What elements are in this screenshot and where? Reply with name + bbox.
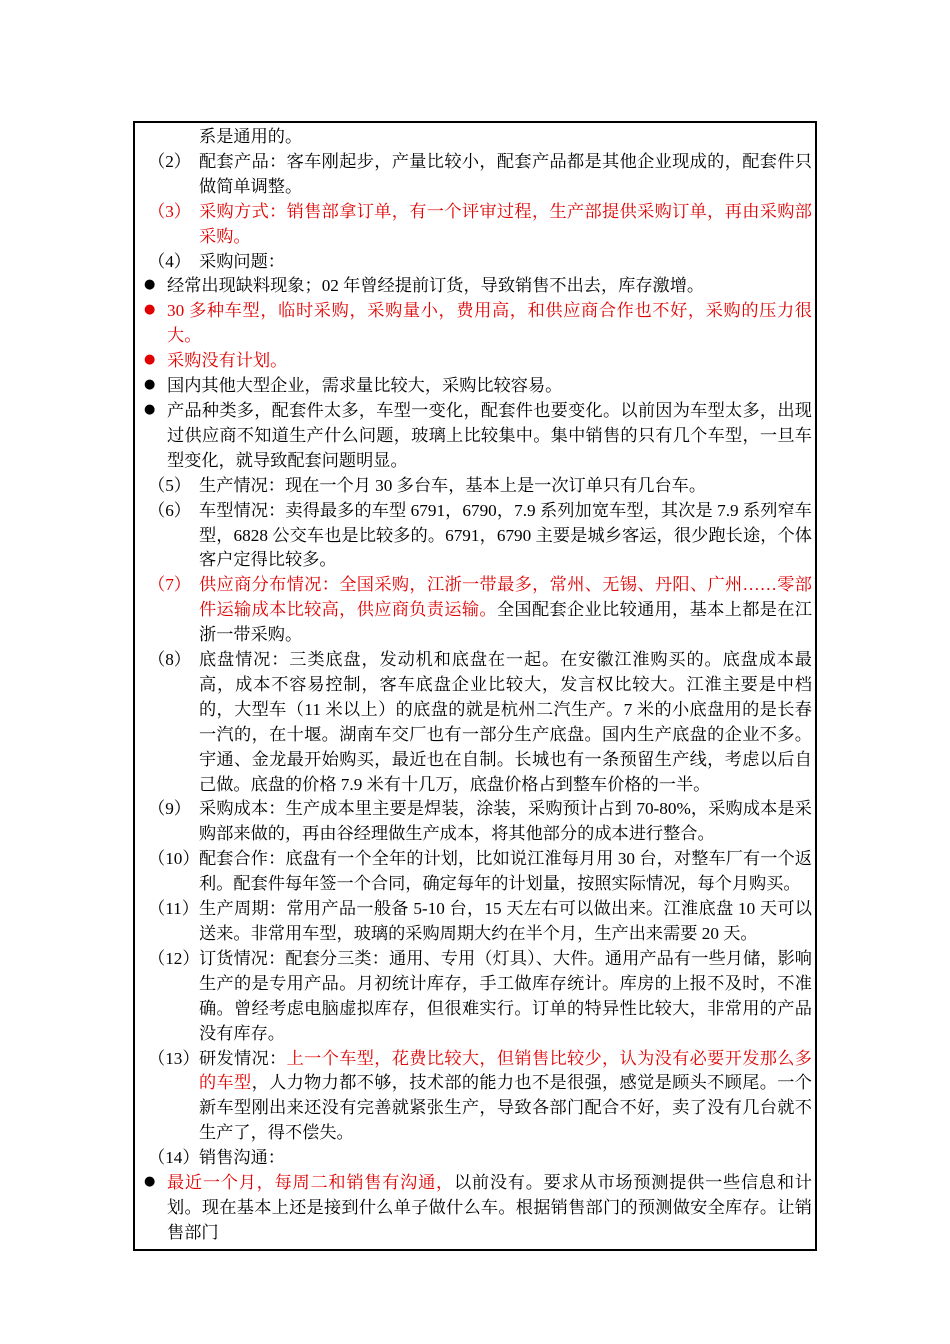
- text-run: 订货情况：配套分三类：通用、专用（灯具）、大件。通用产品有一些月储，影响生产的是…: [199, 949, 812, 1043]
- numbered-list-item: （11）生产周期：常用产品一般备 5-10 台，15 天左右可以做出来。江淮底盘…: [135, 897, 815, 947]
- item-number: （5）: [148, 474, 191, 499]
- numbered-list-item: （14）销售沟通：: [135, 1146, 815, 1171]
- bullet-list-item: ●产品种类多，配套件太多，车型一变化，配套件也要变化。以前因为车型太多，出现过供…: [135, 399, 815, 474]
- numbered-list-item: （9）采购成本：生产成本里主要是焊装，涂装，采购预计占到 70-80%，采购成本…: [135, 797, 815, 847]
- item-number: （14）: [148, 1146, 200, 1171]
- item-number: （4）: [148, 250, 191, 275]
- text-run: 车型情况：卖得最多的车型 6791，6790，7.9 系列加宽车型，其次是 7.…: [199, 501, 812, 570]
- text-run: 配套合作：底盘有一个全年的计划，比如说江淮每月用 30 台，对整车厂有一个返利。…: [199, 849, 812, 893]
- text-run: 销售沟通：: [199, 1148, 285, 1167]
- bullet-icon: ●: [144, 353, 155, 366]
- numbered-list-item: （13）研发情况：上一个车型，花费比较大，但销售比较少，认为没有必要开发那么多的…: [135, 1047, 815, 1147]
- text-run: 系是通用的。: [199, 127, 302, 146]
- bullet-icon: ●: [144, 378, 155, 391]
- text-run: 生产周期：常用产品一般备 5-10 台，15 天左右可以做出来。江淮底盘 10 …: [199, 899, 812, 943]
- numbered-list-item: （4）采购问题：: [135, 250, 815, 275]
- numbered-list-item: （2）配套产品：客车刚起步，产量比较小，配套产品都是其他企业现成的，配套件只做简…: [135, 150, 815, 200]
- item-number: （2）: [148, 150, 191, 175]
- text-run: 配套产品：客车刚起步，产量比较小，配套产品都是其他企业现成的，配套件只做简单调整…: [199, 152, 812, 196]
- text-run: 国内其他大型企业，需求量比较大，采购比较容易。: [167, 376, 562, 395]
- text-run: 研发情况：: [199, 1049, 287, 1068]
- text-run: 底盘情况：三类底盘，发动机和底盘在一起。在安徽江淮购买的。底盘成本最高，成本不容…: [199, 650, 812, 794]
- item-number: （9）: [148, 797, 191, 822]
- item-number: （13）: [148, 1047, 200, 1072]
- text-run: 生产情况：现在一个月 30 多台车，基本上是一次订单只有几台车。: [199, 476, 706, 495]
- bullet-list-item: ●采购没有计划。: [135, 349, 815, 374]
- bullet-icon: ●: [144, 403, 155, 416]
- continuation-paragraph: 系是通用的。: [135, 125, 815, 150]
- document-table-cell: 系是通用的。（2）配套产品：客车刚起步，产量比较小，配套产品都是其他企业现成的，…: [133, 121, 817, 1251]
- page: { "colors": { "text": "#000000", "emphas…: [0, 0, 950, 1344]
- numbered-list-item: （3）采购方式：销售部拿订单，有一个评审过程，生产部提供采购订单，再由采购部采购…: [135, 200, 815, 250]
- item-number: （8）: [148, 648, 191, 673]
- document-body: 系是通用的。（2）配套产品：客车刚起步，产量比较小，配套产品都是其他企业现成的，…: [135, 125, 815, 1246]
- bullet-list-item: ●经常出现缺料现象；02 年曾经提前订货，导致销售不出去，库存激增。: [135, 274, 815, 299]
- text-run: 产品种类多，配套件太多，车型一变化，配套件也要变化。以前因为车型太多，出现过供应…: [167, 401, 812, 470]
- text-run: 经常出现缺料现象；02 年曾经提前订货，导致销售不出去，库存激增。: [167, 276, 704, 295]
- item-number: （7）: [148, 573, 191, 598]
- numbered-list-item: （5）生产情况：现在一个月 30 多台车，基本上是一次订单只有几台车。: [135, 474, 815, 499]
- numbered-list-item: （7）供应商分布情况：全国采购，江浙一带最多，常州、无锡、丹阳、广州……零部件运…: [135, 573, 815, 648]
- bullet-icon: ●: [144, 278, 155, 291]
- text-run: ，人力物力都不够，技术部的能力也不是很强，感觉是顾头不顾尾。一个新车型刚出来还没…: [199, 1073, 812, 1142]
- numbered-list-item: （10）配套合作：底盘有一个全年的计划，比如说江淮每月用 30 台，对整车厂有一…: [135, 847, 815, 897]
- numbered-list-item: （8）底盘情况：三类底盘，发动机和底盘在一起。在安徽江淮购买的。底盘成本最高，成…: [135, 648, 815, 797]
- item-number: （3）: [148, 200, 191, 225]
- item-number: （10）: [148, 847, 200, 872]
- text-run: 采购没有计划。: [167, 351, 287, 370]
- text-run: 采购成本：生产成本里主要是焊装，涂装，采购预计占到 70-80%，采购成本是采购…: [199, 799, 812, 843]
- item-number: （12）: [148, 947, 200, 972]
- item-number: （11）: [148, 897, 199, 922]
- item-number: （6）: [148, 499, 191, 524]
- bullet-list-item: ●最近一个月，每周二和销售有沟通，以前没有。要求从市场预测提供一些信息和计划。现…: [135, 1171, 815, 1246]
- numbered-list-item: （6）车型情况：卖得最多的车型 6791，6790，7.9 系列加宽车型，其次是…: [135, 499, 815, 574]
- numbered-list-item: （12）订货情况：配套分三类：通用、专用（灯具）、大件。通用产品有一些月储，影响…: [135, 947, 815, 1047]
- bullet-icon: ●: [144, 303, 155, 316]
- text-run: 采购问题：: [199, 252, 285, 271]
- bullet-list-item: ●国内其他大型企业，需求量比较大，采购比较容易。: [135, 374, 815, 399]
- bullet-icon: ●: [144, 1175, 155, 1188]
- text-run: 30 多种车型，临时采购，采购量小，费用高，和供应商合作也不好，采购的压力很大。: [167, 301, 812, 345]
- text-run: 采购方式：销售部拿订单，有一个评审过程，生产部提供采购订单，再由采购部采购。: [199, 202, 812, 246]
- bullet-list-item: ●30 多种车型，临时采购，采购量小，费用高，和供应商合作也不好，采购的压力很大…: [135, 299, 815, 349]
- text-run: 最近一个月，每周二和销售有沟通，: [167, 1173, 454, 1192]
